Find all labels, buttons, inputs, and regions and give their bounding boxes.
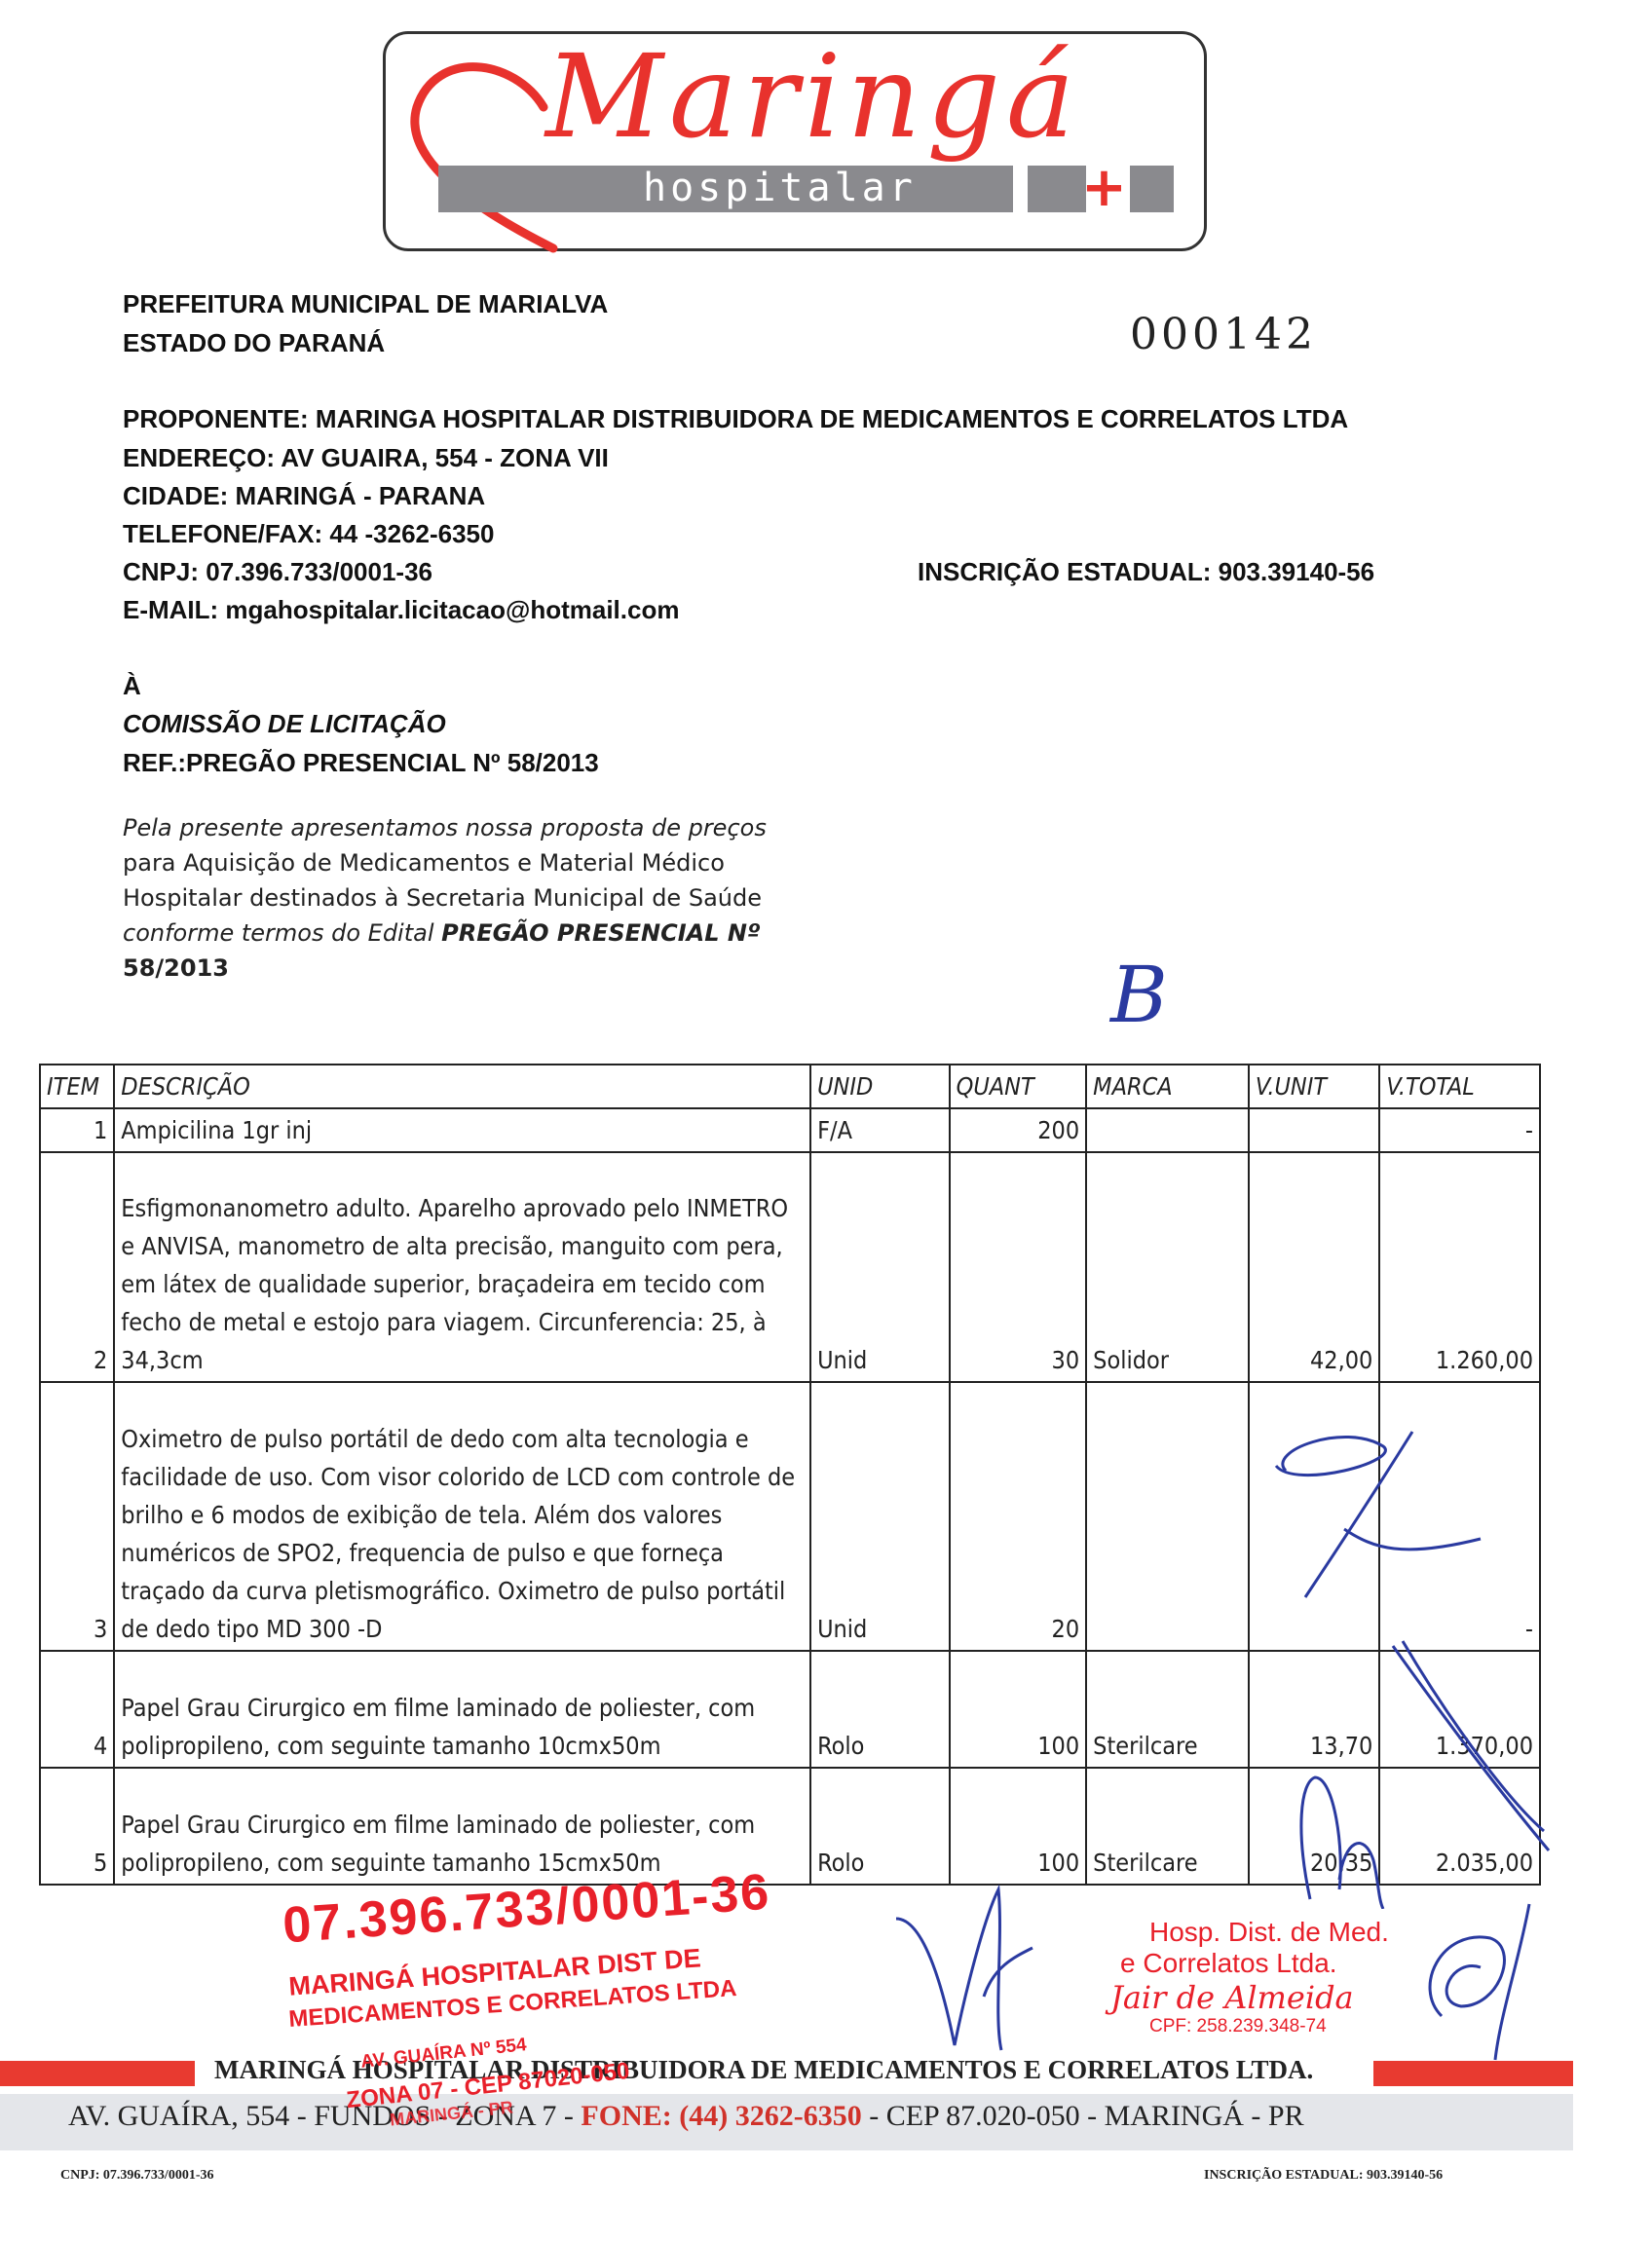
cell-unid: Unid (810, 1382, 950, 1651)
cell-vunit: 13,70 (1249, 1651, 1380, 1768)
cell-item: 5 (40, 1768, 114, 1885)
col-descricao: DESCRIÇÃO (114, 1065, 810, 1108)
intro-line-3: Hospitalar destinados à Secretaria Munic… (123, 880, 863, 915)
footer-address: AV. GUAÍRA, 554 - FUNDOS - ZONA 7 - FONE… (68, 2100, 1304, 2133)
cell-vunit: 42,00 (1249, 1152, 1380, 1382)
intro-line-4: conforme termos do Edital PREGÃO PRESENC… (123, 915, 863, 951)
inscricao-estadual-line: INSCRIÇÃO ESTADUAL: 903.39140-56 (918, 552, 1374, 591)
medical-cross-icon: + (1081, 164, 1127, 212)
col-vtotal: V.TOTAL (1379, 1065, 1540, 1108)
cell-marca (1086, 1382, 1249, 1651)
cell-descricao: Papel Grau Cirurgico em filme laminado d… (114, 1651, 810, 1768)
proponente-line: PROPONENTE: MARINGA HOSPITALAR DISTRIBUI… (123, 399, 1348, 438)
logo-gray-bar-3 (1130, 166, 1174, 212)
cell-unid: Rolo (810, 1651, 950, 1768)
handwritten-loop-icon (1286, 1773, 1403, 1909)
cell-quant: 100 (950, 1651, 1087, 1768)
cell-marca: Solidor (1086, 1152, 1249, 1382)
intro-line-4-plain: conforme termos do Edital (123, 919, 441, 947)
table-row: 4 Papel Grau Cirurgico em filme laminado… (40, 1651, 1540, 1768)
cell-item: 2 (40, 1152, 114, 1382)
signer-name: Jair de Almeida (1110, 1979, 1422, 2016)
cnpj-line: CNPJ: 07.396.733/0001-36 (123, 552, 432, 591)
footer-red-bar-left (0, 2061, 195, 2086)
intro-line-2: para Aquisição de Medicamentos e Materia… (123, 845, 863, 880)
cell-quant: 100 (950, 1768, 1087, 1885)
cell-marca: Sterilcare (1086, 1651, 1249, 1768)
second-signature-icon (1412, 1899, 1549, 2065)
footer-address-part-2: - CEP 87.020-050 - MARINGÁ - PR (862, 2100, 1304, 2132)
endereco-line: ENDEREÇO: AV GUAIRA, 554 - ZONA VII (123, 438, 609, 477)
cell-vtotal: 1.260,00 (1379, 1152, 1540, 1382)
signer-stamp-line-1: Hosp. Dist. de Med. (1110, 1917, 1422, 1948)
logo-brand-text: Maringá (545, 39, 1080, 154)
reference-line: REF.:PREGÃO PRESENCIAL Nº 58/2013 (123, 743, 599, 782)
cell-marca: Sterilcare (1086, 1768, 1249, 1885)
signer-cpf: CPF: 258.239.348-74 (1110, 2016, 1422, 2037)
col-item: ITEM (40, 1065, 114, 1108)
intro-paragraph: Pela presente apresentamos nossa propost… (123, 810, 863, 986)
footer-cnpj: CNPJ: 07.396.733/0001-36 (60, 2168, 214, 2184)
telefone-line: TELEFONE/FAX: 44 -3262-6350 (123, 514, 494, 553)
addressee-a: À (123, 666, 141, 705)
cell-unid: Rolo (810, 1768, 950, 1885)
comissao-title: COMISSÃO DE LICITAÇÃO (123, 704, 446, 743)
logo-subtitle: hospitalar (643, 164, 917, 212)
cell-descricao: Esfigmonanometro adulto. Aparelho aprova… (114, 1152, 810, 1382)
cell-vtotal: - (1379, 1108, 1540, 1152)
cell-quant: 30 (950, 1152, 1087, 1382)
cell-marca (1086, 1108, 1249, 1152)
cidade-line: CIDADE: MARINGÁ - PARANA (123, 476, 485, 515)
handwritten-cross-mark-icon (1266, 1412, 1520, 1607)
intro-line-4-bold: PREGÃO PRESENCIAL Nº (441, 919, 760, 947)
cell-unid: F/A (810, 1108, 950, 1152)
cell-item: 4 (40, 1651, 114, 1768)
cell-unid: Unid (810, 1152, 950, 1382)
signer-stamp-line-2: e Correlatos Ltda. (1110, 1948, 1422, 1979)
cell-quant: 20 (950, 1382, 1087, 1651)
cell-quant: 200 (950, 1108, 1087, 1152)
cell-descricao: Oximetro de pulso portátil de dedo com a… (114, 1382, 810, 1651)
footer-inscricao: INSCRIÇÃO ESTADUAL: 903.39140-56 (1204, 2168, 1443, 2184)
email-line: E-MAIL: mgahospitalar.licitacao@hotmail.… (123, 590, 679, 629)
footer-phone: FONE: (44) 3262-6350 (581, 2100, 861, 2132)
intro-line-1: Pela presente apresentamos nossa propost… (123, 810, 863, 845)
col-unid: UNID (810, 1065, 950, 1108)
cell-item: 3 (40, 1382, 114, 1651)
col-marca: MARCA (1086, 1065, 1249, 1108)
col-quant: QUANT (950, 1065, 1087, 1108)
handwritten-strike-icon (1383, 1636, 1558, 1860)
handwritten-initial: B (1110, 950, 1168, 1040)
cell-descricao: Ampicilina 1gr inj (114, 1108, 810, 1152)
page-number-stamp: 000142 (1130, 310, 1317, 359)
table-row: 1 Ampicilina 1gr inj F/A 200 - (40, 1108, 1540, 1152)
signer-stamp: Hosp. Dist. de Med. e Correlatos Ltda. J… (1110, 1917, 1422, 2037)
logo-gray-bar-2 (1028, 166, 1086, 212)
table-header-row: ITEM DESCRIÇÃO UNID QUANT MARCA V.UNIT V… (40, 1065, 1540, 1108)
table-row: 2 Esfigmonanometro adulto. Aparelho apro… (40, 1152, 1540, 1382)
cell-item: 1 (40, 1108, 114, 1152)
cell-vunit (1249, 1108, 1380, 1152)
signature-icon (886, 1880, 1101, 2055)
estado-title: ESTADO DO PARANÁ (123, 323, 385, 362)
prefeitura-title: PREFEITURA MUNICIPAL DE MARIALVA (123, 284, 608, 323)
col-vunit: V.UNIT (1249, 1065, 1380, 1108)
footer-red-bar-right (1373, 2061, 1573, 2086)
intro-line-5: 58/2013 (123, 951, 863, 986)
